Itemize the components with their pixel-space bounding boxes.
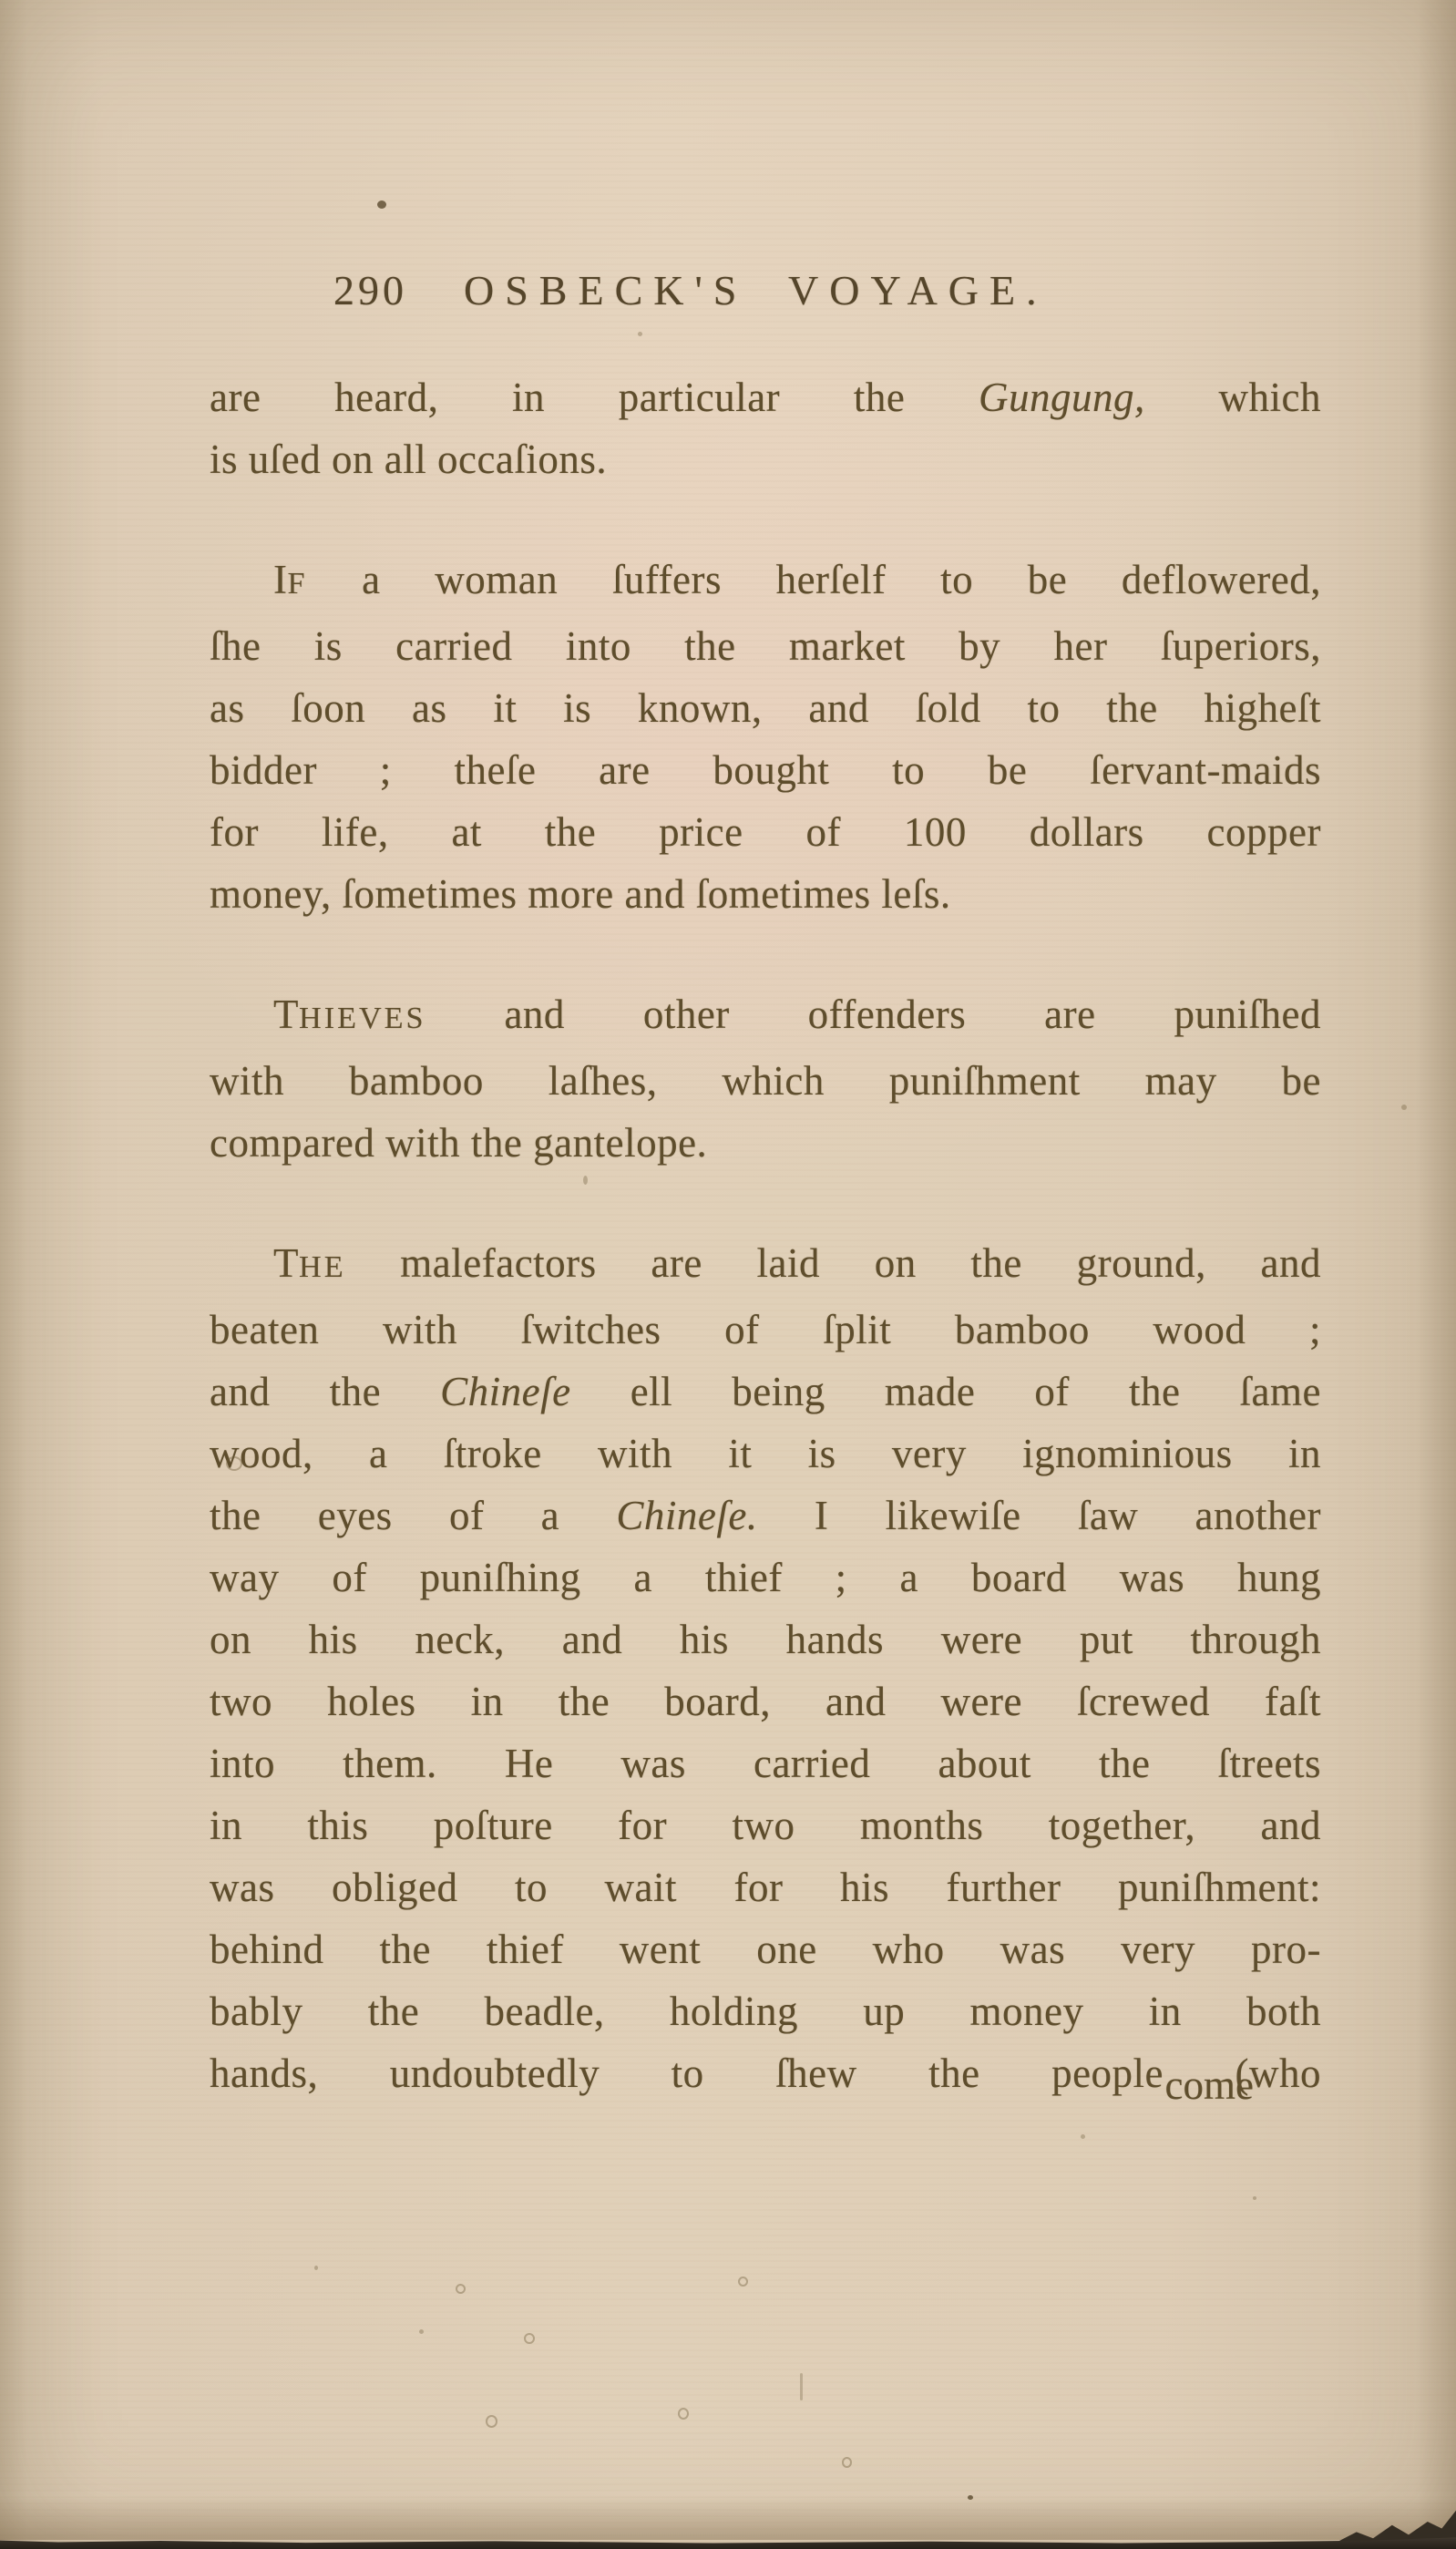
text-line: are heard, in particular the Gungung, wh… — [210, 366, 1321, 428]
text-segment: T — [273, 1240, 299, 1286]
paper-speck — [486, 2415, 497, 2428]
text-segment: behind the thief went one who was very p… — [210, 1927, 1321, 1972]
text-segment: the eyes of a — [210, 1493, 616, 1538]
paper-speck — [842, 2457, 852, 2468]
text-segment: and the — [210, 1369, 440, 1414]
text-line: beaten with ſwitches of ſplit bamboo woo… — [210, 1299, 1321, 1361]
page-right-shading — [1418, 0, 1456, 2549]
text-line: If a woman ſuffers herſelf to be deflowe… — [210, 549, 1321, 615]
text-segment: malefactors are laid on the ground, and — [346, 1240, 1321, 1286]
text-line: in this poſture for two months together,… — [210, 1794, 1321, 1856]
text-segment: as ſoon as it is known, and ſold to the … — [210, 685, 1321, 731]
bottom-edge-shadow — [0, 2496, 1456, 2540]
italic-text: Gungung, — [979, 375, 1145, 420]
text-segment: is uſed on all occaſions. — [210, 437, 607, 482]
paragraph: are heard, in particular the Gungung, wh… — [210, 366, 1321, 490]
bottom-edge-tear — [1338, 2507, 1456, 2542]
text-segment: beaten with ſwitches of ſplit bamboo woo… — [210, 1307, 1321, 1352]
text-line: Thieves and other offenders are puniſhed — [210, 983, 1321, 1050]
text-line: was obliged to wait for his further puni… — [210, 1856, 1321, 1918]
text-segment: way of puniſhing a thief ; a board was h… — [210, 1555, 1321, 1600]
paper-speck — [738, 2277, 748, 2287]
text-segment: with bamboo laſhes, which puniſhment may… — [210, 1058, 1321, 1104]
text-segment: wood, a ſtroke with it is very ignominio… — [210, 1431, 1321, 1476]
paper-speck — [678, 2408, 689, 2420]
text-line: bidder ; theſe are bought to be ſervant-… — [210, 739, 1321, 801]
text-line: behind the thief went one who was very p… — [210, 1918, 1321, 1980]
paragraph: Thieves and other offenders are puniſhed… — [210, 983, 1321, 1174]
text-line: as ſoon as it is known, and ſold to the … — [210, 677, 1321, 739]
paper-speck — [377, 200, 386, 209]
text-segment: a woman ſuffers herſelf to be deflowered… — [308, 557, 1321, 602]
text-segment: for life, at the price of 100 dollars co… — [210, 809, 1321, 855]
text-line: for life, at the price of 100 dollars co… — [210, 801, 1321, 863]
smallcaps-text: f — [288, 567, 308, 601]
text-line: and the Chineſe ell being made of the ſa… — [210, 1361, 1321, 1423]
text-segment: are heard, in particular the — [210, 375, 979, 420]
paper-speck — [314, 2266, 318, 2270]
paragraph: If a woman ſuffers herſelf to be deflowe… — [210, 549, 1321, 925]
italic-text: Chineſe. — [616, 1493, 757, 1538]
page-left-shading — [0, 0, 27, 2549]
catchword-row: come — [210, 2061, 1321, 2109]
text-segment: and other offenders are puniſhed — [426, 992, 1321, 1037]
paper-speck — [456, 2284, 466, 2294]
text-segment: bidder ; theſe are bought to be ſervant-… — [210, 747, 1321, 793]
text-line: the eyes of a Chineſe. I likewiſe ſaw an… — [210, 1485, 1321, 1547]
text-segment: money, ſometimes more and ſometimes leſs… — [210, 871, 951, 917]
catchword: come — [1165, 2062, 1254, 2108]
text-line: way of puniſhing a thief ; a board was h… — [210, 1547, 1321, 1609]
paper-speck — [968, 2495, 973, 2500]
paper-speck — [1401, 1105, 1407, 1110]
text-segment: which — [1145, 375, 1321, 420]
paper-speck — [419, 2329, 424, 2334]
text-line: bably the beadle, holding up money in bo… — [210, 1980, 1321, 2042]
paper-speck — [1081, 2134, 1085, 2139]
text-segment: in this poſture for two months together,… — [210, 1803, 1321, 1848]
text-line: ſhe is carried into the market by her ſu… — [210, 615, 1321, 677]
smallcaps-text: he — [299, 1250, 346, 1284]
text-line: into them. He was carried about the ſtre… — [210, 1732, 1321, 1794]
text-line: compared with the gantelope. — [210, 1112, 1321, 1174]
text-line: The malefactors are laid on the ground, … — [210, 1232, 1321, 1299]
text-line: wood, a ſtroke with it is very ignominio… — [210, 1423, 1321, 1485]
paper-speck — [638, 332, 642, 336]
text-segment: was obliged to wait for his further puni… — [210, 1865, 1321, 1910]
smallcaps-text: hieves — [299, 1002, 426, 1035]
text-segment: on his neck, and his hands were put thro… — [210, 1617, 1321, 1662]
text-segment: bably the beadle, holding up money in bo… — [210, 1989, 1321, 2034]
text-segment: compared with the gantelope. — [210, 1120, 707, 1166]
text-line: with bamboo laſhes, which puniſhment may… — [210, 1050, 1321, 1112]
text-block: are heard, in particular the Gungung, wh… — [210, 366, 1321, 2104]
book-page-scan: 290 OSBECK'S VOYAGE. are heard, in parti… — [0, 0, 1456, 2549]
text-segment: ell being made of the ſame — [571, 1369, 1321, 1414]
text-segment: T — [273, 992, 299, 1037]
bottom-page-edge — [0, 2533, 1456, 2549]
text-line: two holes in the board, and were ſcrewed… — [210, 1670, 1321, 1732]
text-segment: I likewiſe ſaw another — [758, 1493, 1321, 1538]
text-segment: two holes in the board, and were ſcrewed… — [210, 1679, 1321, 1724]
text-segment: ſhe is carried into the market by her ſu… — [210, 623, 1321, 669]
page-title: OSBECK'S VOYAGE. — [464, 266, 1048, 314]
italic-text: Chineſe — [440, 1369, 570, 1414]
text-line: money, ſometimes more and ſometimes leſs… — [210, 863, 1321, 925]
paragraph: The malefactors are laid on the ground, … — [210, 1232, 1321, 2104]
text-segment: I — [273, 557, 288, 602]
text-line: is uſed on all occaſions. — [210, 428, 1321, 490]
text-line: on his neck, and his hands were put thro… — [210, 1609, 1321, 1670]
running-head: 290 OSBECK'S VOYAGE. — [210, 266, 1321, 314]
paper-speck — [800, 2373, 803, 2400]
paper-speck — [524, 2333, 535, 2344]
paper-speck — [1253, 2196, 1256, 2200]
text-segment: into them. He was carried about the ſtre… — [210, 1741, 1321, 1786]
page-number: 290 — [333, 266, 407, 314]
